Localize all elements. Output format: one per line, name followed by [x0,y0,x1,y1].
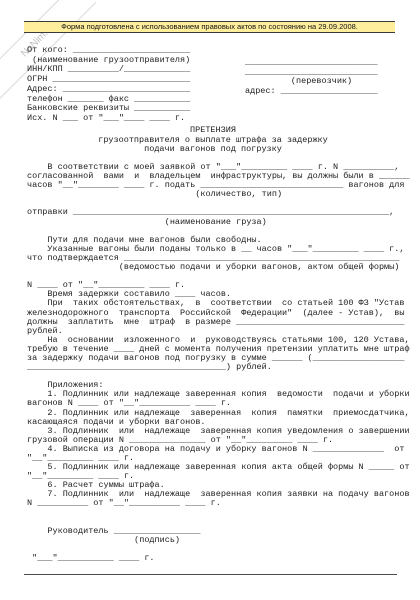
text-line: _______________________________________)… [27,363,410,372]
text-line: должны заплатить мне штраф в размере ___… [27,318,410,327]
text-line: подачи вагонов под погрузку [27,145,399,155]
sender-requisites-block: От кого: _______________________ (наимен… [27,46,190,124]
text-line: (ведомостью подачи и уборки вагонов, акт… [27,263,410,272]
text-line: адрес: ___________________ [245,87,378,97]
footer-divider [24,574,397,575]
document-content: Форма подготовлена с использованием прав… [0,0,420,600]
text-line: N __________ от "__"__________ ____ г. [27,499,410,508]
text-line [27,509,410,518]
text-line: "___"___________ ____ г. [27,554,410,563]
text-line: (подпись) [27,536,410,545]
text-line: (количество, тип) [27,190,410,199]
document-body-text: В соответствии с моей заявкой от "___"__… [27,163,410,563]
carrier-address-block: ________________________________________… [245,58,378,97]
document-page: NoNim.ru Форма подготовлена с использова… [0,0,420,600]
form-source-note: Форма подготовлена с использованием прав… [24,21,395,33]
text-line: Исх. N ___ от "___"____ ____ г. [27,114,190,124]
text-line: (наименование груза) [27,218,410,227]
document-title: ПРЕТЕНЗИЯгрузоотправителя о выплате штра… [27,126,399,155]
